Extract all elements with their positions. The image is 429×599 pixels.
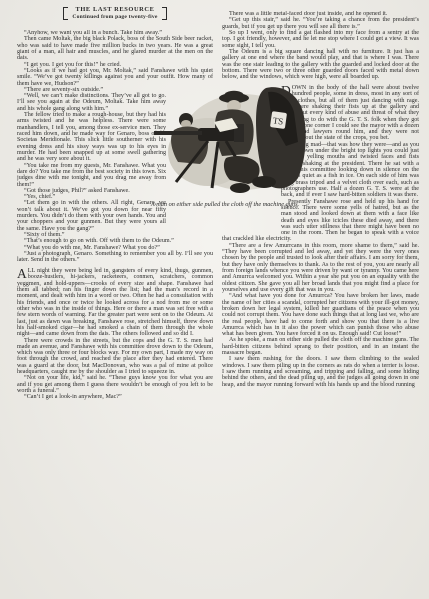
illustration-caption: A man on either side pulled the cloth of… [136,201,314,208]
paragraph: So up I went, only to find a gat flashed… [222,30,419,49]
magazine-page: THE LAST RESOURCE Continued from page tw… [0,0,429,599]
article-title: THE LAST RESOURCE [72,6,157,13]
paragraph: The Odeum is a big square dancing hall w… [222,49,419,81]
right-bracket-icon [162,7,167,20]
svg-text:TS: TS [272,115,284,126]
drop-cap: A [17,268,28,280]
paragraph: “And what have you done for Amurrca? You… [222,293,419,337]
paragraph: “Just a photograph, Genaro. Something to… [17,251,213,264]
paragraph: “Can’t I get a look-in anywhere, Mac?” [17,394,213,400]
paragraph: “Not on your life, kid,” said he. “These… [17,375,213,394]
paragraph: As he spoke, a man on either side pulled… [222,337,419,356]
left-bracket-icon [63,7,68,20]
paragraph: There were crowds in the streets, but th… [17,338,213,376]
paragraph: ALL night they were being led in, gangst… [17,268,213,337]
paragraph: “There are a few Amurrcans in this room,… [222,243,419,294]
paragraph: I saw them rushing for the doors. I saw … [222,356,419,388]
article-header: THE LAST RESOURCE Continued from page tw… [17,6,213,21]
illustration-machine-gun: TS [148,82,310,200]
continued-from-note: Continued from page twenty-five [72,15,157,21]
paragraph: “Get up this stair,” said he. “You’re ta… [222,17,419,30]
